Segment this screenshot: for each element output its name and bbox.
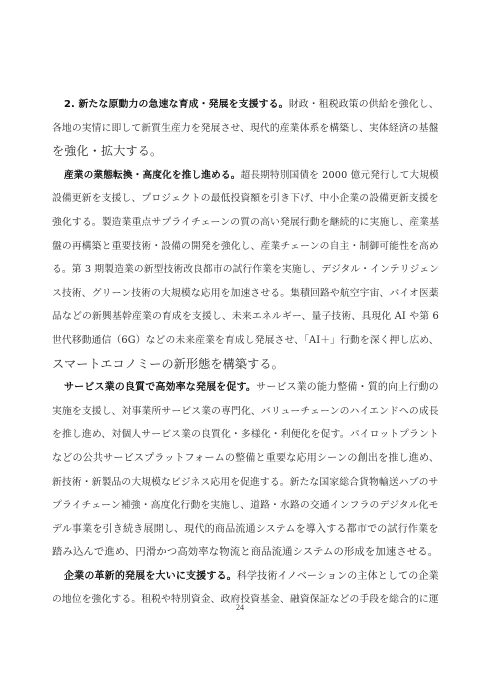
text-line: プライチェーン補強・高度化行動を実施し、道路・水路の交通インフラのデジタル化モ <box>52 494 438 518</box>
bold-heading: サービス業の良質で高効率な発展を促す。 <box>64 382 256 393</box>
text-line: る。第 3 期製造業の新型技術改良都市の試行作業を実施し、デジタル・インテリジェ… <box>52 258 438 282</box>
line-text: プライチェーン補強・高度化行動を実施し、道路・水路の交通インフラのデジタル化モ <box>52 500 439 511</box>
line-text: る。第 3 期製造業の新型技術改良都市の試行作業を実施し、デジタル・インテリジェ… <box>52 264 439 275</box>
line-text: 超長期特別国債を 2000 億元発行して大規模 <box>241 170 439 181</box>
line-text: 踏み込んで進め、円滑かつ高効率な物流と商品流通システムの形成を加速させる。 <box>52 546 438 558</box>
text-line: 実施を支援し、対事業所サービス業の専門化、バリューチェーンのハイエンドへの成長 <box>52 400 438 424</box>
text-line: 設備更新を支援し、プロジェクトの最低投資額を引き下げ、中小企業の設備更新支援を <box>52 187 438 211</box>
line-text: 財政・租税政策の供給を強化し、 <box>289 99 439 110</box>
text-line: 品などの新興基幹産業の育成を支援し、未来エネルギー、量子技術、具現化 AI や第… <box>52 305 438 329</box>
text-line: 強化する。製造業重点サプライチェーンの質の高い発展行動を継続的に実施し、産業基 <box>52 211 438 235</box>
line-text: スマートエコノミーの新形態を構築する。 <box>52 357 284 371</box>
line-text: 各地の実情に即して新質生産力を発展させ、現代的産業体系を構築し、実体経済の基盤 <box>52 123 438 134</box>
line-text: デル事業を引き続き展開し、現代的商品流通システムを導入する都市での試行作業を <box>52 524 439 535</box>
line-text: 盤の再構築と重要技術・設備の開発を強化し、産業チェーンの自主・制御可能性を高め <box>52 241 439 252</box>
document-page: 2. 新たな原動力の急速な育成・発展を支援する。財政・租税政策の供給を強化し、 … <box>52 93 438 612</box>
line-text: ス技術、グリーン技術の大規模な応用を加速させる。集積回路や航空宇宙、バイオ医薬 <box>52 288 439 299</box>
line-text: サービス業の能力整備・質的向上行動の <box>256 382 439 393</box>
text-line: デル事業を引き続き展開し、現代的商品流通システムを導入する都市での試行作業を <box>52 518 438 542</box>
text-line: ス技術、グリーン技術の大規模な応用を加速させる。集積回路や航空宇宙、バイオ医薬 <box>52 282 438 306</box>
line-text: 設備更新を支援し、プロジェクトの最低投資額を引き下げ、中小企業の設備更新支援を <box>52 193 439 204</box>
line-text: を推し進め、対個人サービス業の良質化・多様化・利便化を促す。パイロットプラント <box>52 429 439 440</box>
line-text: 世代移動通信（6G）などの未来産業を育成し発展させ、「AI＋」行動を深く押し広め… <box>52 335 439 346</box>
paragraph-new-drivers: 2. 新たな原動力の急速な育成・発展を支援する。財政・租税政策の供給を強化し、 … <box>52 93 438 164</box>
line-text: 科学技術イノベーションの主体としての企業 <box>237 571 439 582</box>
line-text: 品などの新興基幹産業の育成を支援し、未来エネルギー、量子技術、具現化 AI や第… <box>52 311 439 322</box>
text-line: などの公共サービスプラットフォームの整備と重要な応用シーンの創出を推し進め、 <box>52 447 438 471</box>
text-line: 盤の再構築と重要技術・設備の開発を強化し、産業チェーンの自主・制御可能性を高め <box>52 235 438 259</box>
line-text: を強化・拡大する。 <box>52 144 162 158</box>
paragraph-industry-upgrade: 産業の業態転換・高度化を推し進める。超長期特別国債を 2000 億元発行して大規… <box>52 164 438 376</box>
text-line: 世代移動通信（6G）などの未来産業を育成し発展させ、「AI＋」行動を深く押し広め… <box>52 329 438 353</box>
text-line: 各地の実情に即して新質生産力を発展させ、現代的産業体系を構築し、実体経済の基盤 <box>52 117 438 141</box>
text-line: を強化・拡大する。 <box>52 140 438 164</box>
text-line: サービス業の良質で高効率な発展を促す。サービス業の能力整備・質的向上行動の <box>52 376 438 400</box>
page-number: 24 <box>0 603 480 612</box>
line-text: 新技術・新製品の大規模なビジネス応用を促進する。新たな国家総合貨物輸送ハブのサ <box>52 477 438 488</box>
line-text: 実施を支援し、対事業所サービス業の専門化、バリューチェーンのハイエンドへの成長 <box>52 406 439 417</box>
bold-heading: 産業の業態転換・高度化を推し進める。 <box>64 170 241 181</box>
bold-heading: 企業の革新的発展を大いに支援する。 <box>64 571 237 582</box>
paragraph-services: サービス業の良質で高効率な発展を促す。サービス業の能力整備・質的向上行動の 実施… <box>52 376 438 565</box>
bold-heading: 2. 新たな原動力の急速な育成・発展を支援する。 <box>64 99 289 110</box>
text-line: 2. 新たな原動力の急速な育成・発展を支援する。財政・租税政策の供給を強化し、 <box>52 93 438 117</box>
text-line: 産業の業態転換・高度化を推し進める。超長期特別国債を 2000 億元発行して大規… <box>52 164 438 188</box>
text-line: 企業の革新的発展を大いに支援する。科学技術イノベーションの主体としての企業 <box>52 565 438 589</box>
text-line: 踏み込んで進め、円滑かつ高効率な物流と商品流通システムの形成を加速させる。 <box>52 541 438 565</box>
line-text: などの公共サービスプラットフォームの整備と重要な応用シーンの創出を推し進め、 <box>52 453 439 464</box>
text-line: 新技術・新製品の大規模なビジネス応用を促進する。新たな国家総合貨物輸送ハブのサ <box>52 471 438 495</box>
text-line: を推し進め、対個人サービス業の良質化・多様化・利便化を促す。パイロットプラント <box>52 423 438 447</box>
text-line: スマートエコノミーの新形態を構築する。 <box>52 353 438 377</box>
line-text: 強化する。製造業重点サプライチェーンの質の高い発展行動を継続的に実施し、産業基 <box>52 217 439 228</box>
